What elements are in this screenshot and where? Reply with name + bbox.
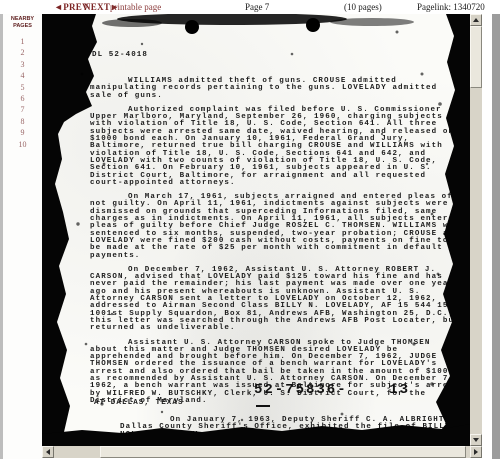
scroll-left-button[interactable] (42, 446, 54, 458)
nearby-page-link[interactable]: 4 (3, 70, 42, 81)
document-page-image: DL 52-4018 WILLIAMS admitted theft of gu… (42, 14, 470, 446)
page-count: (10 pages) (344, 2, 382, 12)
vertical-scrollbar[interactable] (470, 14, 482, 446)
nearby-pages-sidebar: NEARBY PAGES 12345678910 (3, 14, 42, 459)
horizontal-scroll-thumb[interactable] (100, 446, 466, 458)
vertical-scroll-thumb[interactable] (470, 26, 482, 88)
horizontal-scrollbar[interactable] (42, 446, 482, 458)
nearby-page-link[interactable]: 5 (3, 82, 42, 93)
document-paragraphs: WILLIAMS admitted theft of guns. CROUSE … (90, 78, 462, 412)
right-margin (482, 14, 492, 459)
document-viewport: DL 52-4018 WILLIAMS admitted theft of gu… (42, 14, 470, 446)
window-edge-right (492, 14, 500, 459)
location-line: AT DALLAS, TEXAS (94, 400, 184, 407)
nearby-pages-list: 12345678910 (3, 36, 42, 150)
scroll-down-button[interactable] (470, 434, 482, 446)
closing-paragraph: On January 7, 1963, Deputy Sheriff C. A.… (120, 417, 468, 439)
page-indicator: Page 7 (245, 2, 269, 12)
file-number-stamp: 52-75836- 13 (254, 387, 410, 394)
document-paragraph: Authorized complaint was filed before U.… (90, 107, 462, 187)
nearby-page-link[interactable]: 9 (3, 127, 42, 138)
printable-page-link[interactable]: printable page (110, 2, 161, 12)
document-paragraph: On December 7, 1962, Assistant U. S. Att… (90, 267, 462, 333)
nearby-pages-title: NEARBY PAGES (3, 16, 42, 29)
document-paragraph: On March 17, 1961, subjects arraigned an… (90, 194, 462, 260)
scroll-right-button[interactable] (470, 446, 482, 458)
nearby-page-link[interactable]: 3 (3, 59, 42, 70)
arrow-up-icon (473, 18, 479, 22)
arrow-down-icon (473, 438, 479, 442)
pagelink-indicator: Pagelink: 1340720 (417, 2, 485, 12)
nearby-page-link[interactable]: 8 (3, 116, 42, 127)
nearby-page-link[interactable]: 7 (3, 104, 42, 115)
pager-toolbar: ◄PREV NEXT► printable page Page 7 (10 pa… (0, 0, 500, 14)
nearby-page-link[interactable]: 1 (3, 36, 42, 47)
nearby-page-link[interactable]: 2 (3, 47, 42, 58)
arrow-right-icon (474, 449, 478, 455)
scroll-up-button[interactable] (470, 14, 482, 26)
nearby-page-link[interactable]: 10 (3, 139, 42, 150)
arrow-left-icon (46, 449, 50, 455)
document-paragraph: WILLIAMS admitted theft of guns. CROUSE … (90, 78, 462, 100)
nearby-page-link[interactable]: 6 (3, 93, 42, 104)
case-number: DL 52-4018 (92, 52, 148, 59)
